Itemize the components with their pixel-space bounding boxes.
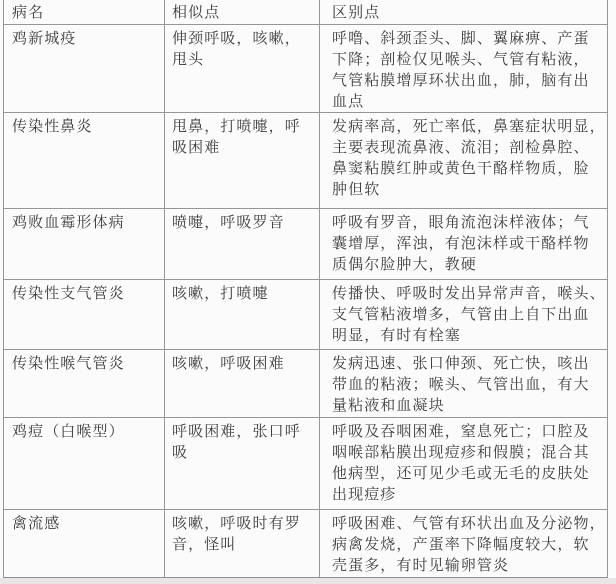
differences-cell: 发病迅速、张口伸颈、死亡快，咳出 带血的粘液；喉头、气管出血，有大 量粘液和血凝… <box>320 350 607 417</box>
disease-comparison-table: 病名 相似点 区别点 鸡新城疫 伸颈呼吸，咳嗽， 甩头 呼噜、斜颈歪头、脚、翼麻… <box>3 0 608 578</box>
disease-name-cell: 传染性鼻炎 <box>4 113 165 208</box>
column-header-disease-name: 病名 <box>4 0 165 24</box>
disease-name-cell: 鸡痘（白喉型） <box>4 418 165 509</box>
disease-name-cell: 禽流感 <box>4 510 165 577</box>
differences-cell: 呼吸困难、气管有环状出血及分泌物， 病禽发烧，产蛋率下降幅度较大，软 壳蛋多，有… <box>320 510 607 577</box>
disease-name-cell: 传染性喉气管炎 <box>4 350 165 417</box>
table-row-infectious-coryza: 传染性鼻炎 甩鼻，打喷嚏，呼 吸困难 发病率高，死亡率低，鼻塞症状明显， 主要表… <box>4 113 607 209</box>
differences-cell: 传播快、呼吸时发出异常声音，喉头、 支气管粘液增多，气管由上自下出血 明显，有时… <box>320 280 607 349</box>
similarities-cell: 咳嗽，呼吸困难 <box>165 350 320 417</box>
disease-name-cell: 传染性支气管炎 <box>4 280 165 349</box>
differences-cell: 呼吸有罗音，眼角流泡沫样液体；气 囊增厚，浑浊，有泡沫样或干酪样物 质偶尔脸肿大… <box>320 209 607 279</box>
differences-cell: 呼噜、斜颈歪头、脚、翼麻痹、产蛋 下降；剖检仅见喉头、气管有粘液， 气管粘膜增厚… <box>320 25 607 112</box>
table-row-infectious-bronchitis: 传染性支气管炎 咳嗽，打喷嚏 传播快、呼吸时发出异常声音，喉头、 支气管粘液增多… <box>4 280 607 350</box>
table-row-newcastle-disease: 鸡新城疫 伸颈呼吸，咳嗽， 甩头 呼噜、斜颈歪头、脚、翼麻痹、产蛋 下降；剖检仅… <box>4 25 607 113</box>
similarities-cell: 咳嗽，打喷嚏 <box>165 280 320 349</box>
similarities-cell: 甩鼻，打喷嚏，呼 吸困难 <box>165 113 320 208</box>
table-row-fowl-pox-diphtheritic: 鸡痘（白喉型） 呼吸困难，张口呼 吸 呼吸及吞咽困难，窒息死亡；口腔及 咽喉部粘… <box>4 418 607 510</box>
column-header-differences: 区别点 <box>320 0 607 24</box>
table-row-infectious-laryngotracheitis: 传染性喉气管炎 咳嗽，呼吸困难 发病迅速、张口伸颈、死亡快，咳出 带血的粘液；喉… <box>4 350 607 418</box>
similarities-cell: 呼吸困难，张口呼 吸 <box>165 418 320 509</box>
disease-name-cell: 鸡败血霉形体病 <box>4 209 165 279</box>
column-header-similarities: 相似点 <box>165 0 320 24</box>
differences-cell: 发病率高，死亡率低，鼻塞症状明显， 主要表现流鼻液、流泪；剖检鼻腔、 鼻窦粘膜红… <box>320 113 607 208</box>
disease-name-cell: 鸡新城疫 <box>4 25 165 112</box>
similarities-cell: 喷嚏，呼吸罗音 <box>165 209 320 279</box>
similarities-cell: 咳嗽，呼吸时有罗 音，怪叫 <box>165 510 320 577</box>
scan-edge-strip <box>0 578 616 584</box>
similarities-cell: 伸颈呼吸，咳嗽， 甩头 <box>165 25 320 112</box>
table-row-avian-influenza: 禽流感 咳嗽，呼吸时有罗 音，怪叫 呼吸困难、气管有环状出血及分泌物， 病禽发烧… <box>4 510 607 578</box>
differences-cell: 呼吸及吞咽困难，窒息死亡；口腔及 咽喉部粘膜出现痘疹和假膜；混合其 他病型，还可… <box>320 418 607 509</box>
table-header-row: 病名 相似点 区别点 <box>4 0 607 25</box>
table-row-mycoplasmosis: 鸡败血霉形体病 喷嚏，呼吸罗音 呼吸有罗音，眼角流泡沫样液体；气 囊增厚，浑浊，… <box>4 209 607 280</box>
